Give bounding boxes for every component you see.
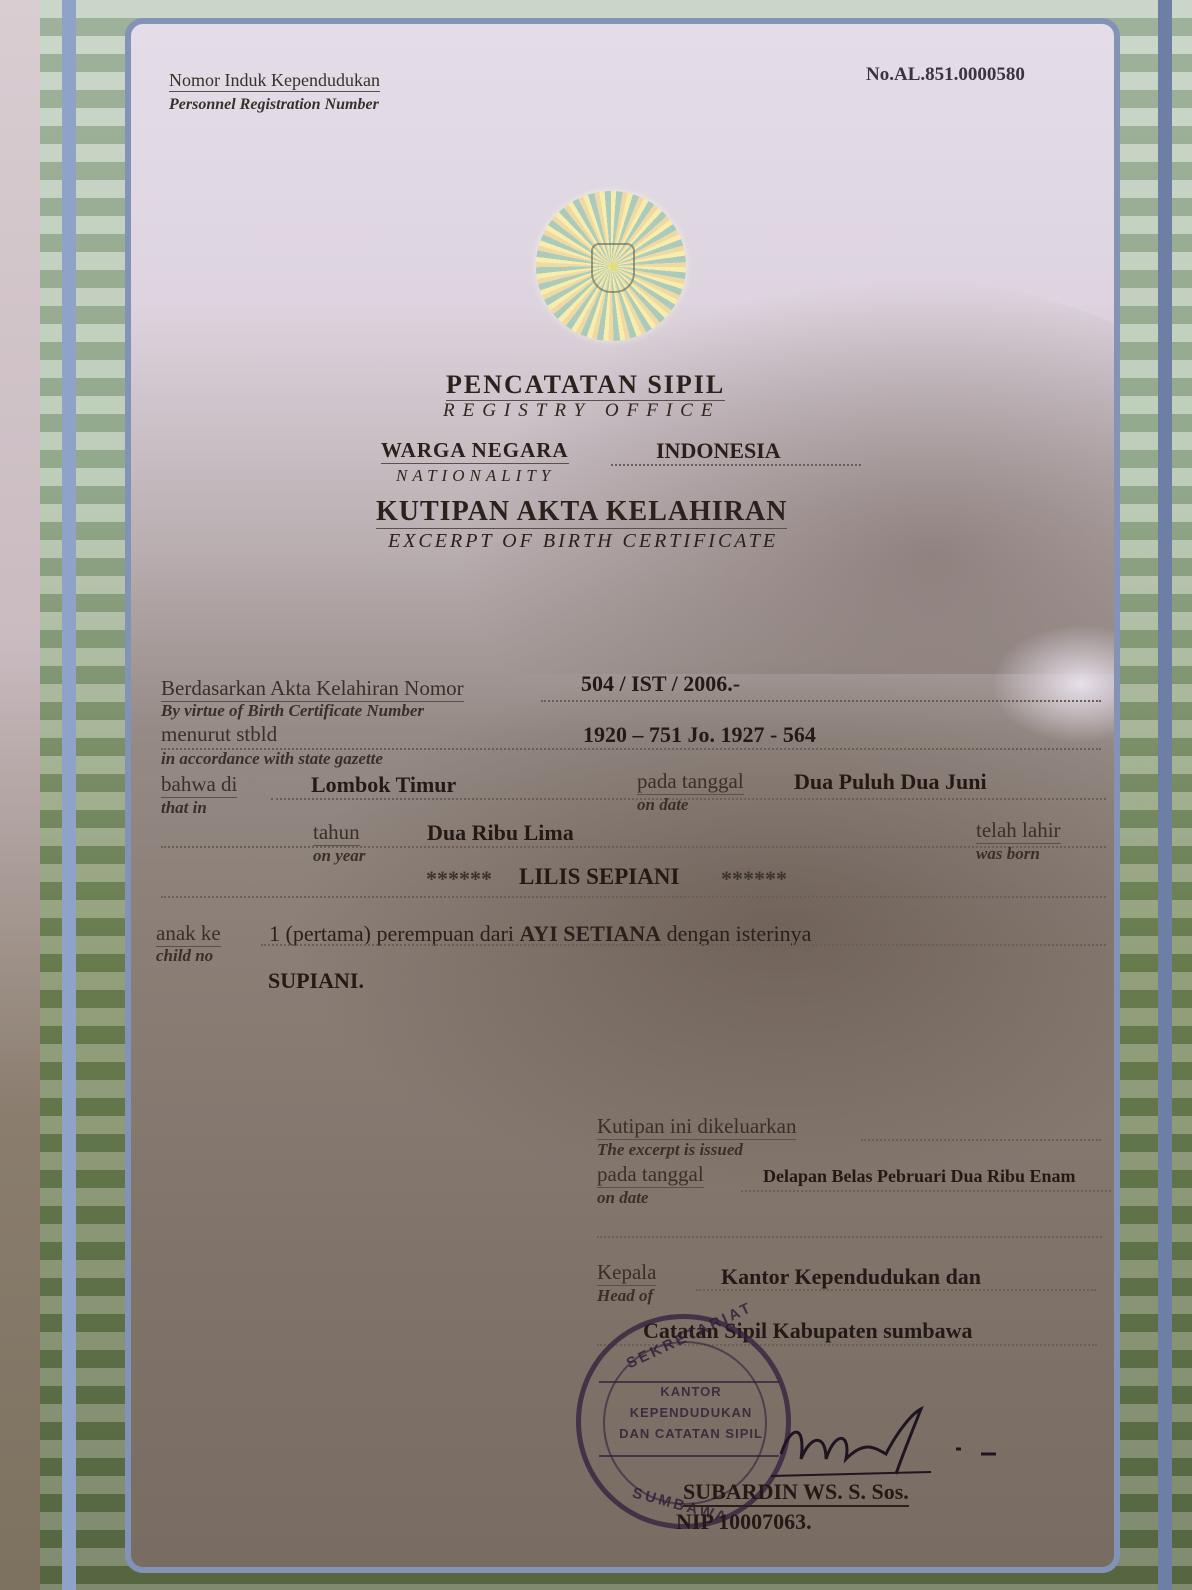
certificate-number-label-en: By virtue of Birth Certificate Number [161,701,424,721]
child-no-label-en: child no [156,946,213,966]
garuda-emblem-icon: ★ [591,243,635,293]
state-gazette-label: menurut stbld [161,722,277,747]
name-stars-right: ****** [721,866,787,892]
child-no-label: anak ke [156,921,221,947]
place-of-birth-value: Lombok Timur [311,772,456,798]
issue-date-label-en: on date [597,1188,648,1208]
name-stars-left: ****** [426,866,492,892]
was-born-label-en: was born [976,844,1040,864]
child-order-text: 1 (pertama) perempuan dari [269,921,514,946]
stamp-text-line2: KEPENDUDUKAN [611,1402,771,1423]
date-of-birth-value: Dua Puluh Dua Juni [794,769,987,795]
nationality-label: WARGA NEGARA [381,438,569,464]
head-of-label-en: Head of [597,1286,653,1306]
office-name-line1: Kantor Kependudukan dan [721,1264,981,1290]
serial-number: No.AL.851.0000580 [866,64,1025,86]
office-title: PENCATATAN SIPIL [446,370,725,401]
background-surface [0,0,40,1590]
child-name-value: LILIS SEPIANI [519,864,679,890]
issue-date-label: pada tanggal [597,1162,704,1188]
nationality-value: INDONESIA [656,438,781,464]
place-of-birth-label: bahwa di [161,772,237,798]
state-gazette-value: 1920 – 751 Jo. 1927 - 564 [583,722,816,748]
head-of-label: Kepala [597,1260,656,1286]
year-of-birth-label-en: on year [313,846,365,866]
birth-certificate-document: Nomor Induk Kependudukan Personnel Regis… [125,18,1120,1573]
state-gazette-label-en: in accordance with state gazette [161,749,383,769]
dotted-line [261,944,1106,946]
dotted-line [271,798,1106,800]
signature-icon [771,1404,1021,1484]
dotted-line [741,1190,1111,1192]
dotted-line [161,896,1106,898]
signatory-nip: NIP 10007063. [676,1509,812,1535]
office-title-en: REGISTRY OFFICE [443,400,720,422]
certificate-number-value: 504 / IST / 2006.- [581,671,740,697]
nationality-label-en: NATIONALITY [396,466,555,486]
with-wife-text: dengan isterinya [667,921,812,946]
document-title: KUTIPAN AKTA KELAHIRAN [376,496,787,529]
issued-label-en: The excerpt is issued [597,1140,743,1160]
dotted-line [161,846,1106,848]
issued-label: Kutipan ini dikeluarkan [597,1114,796,1140]
dotted-line [696,1289,1096,1291]
year-of-birth-value: Dua Ribu Lima [427,820,574,846]
dotted-line [597,1236,1102,1238]
stamp-center-text: KANTOR KEPENDUDUKAN DAN CATATAN SIPIL [611,1381,771,1444]
stamp-text-line3: DAN CATATAN SIPIL [611,1423,771,1444]
document-title-en: EXCERPT OF BIRTH CERTIFICATE [388,530,778,553]
issue-date-value: Delapan Belas Pebruari Dua Ribu Enam [763,1166,1076,1187]
place-of-birth-label-en: that in [161,798,207,818]
father-name: AYI SETIANA [519,921,661,946]
stamp-text-line1: KANTOR [611,1381,771,1402]
certificate-number-label: Berdasarkan Akta Kelahiran Nomor [161,676,464,702]
date-of-birth-label-en: on date [637,795,688,815]
signatory-name: SUBARDIN WS. S. Sos. [683,1479,909,1507]
dotted-line [541,700,1101,702]
garuda-hologram-icon: ★ [536,191,686,341]
dotted-line [861,1139,1101,1141]
date-of-birth-label: pada tanggal [637,769,744,795]
was-born-label: telah lahir [976,818,1061,844]
mother-name: SUPIANI. [268,968,364,994]
nik-label-en: Personnel Registration Number [169,96,379,114]
nik-label: Nomor Induk Kependudukan [169,70,380,92]
year-of-birth-label: tahun [313,820,360,846]
nationality-dotted-line [611,464,861,466]
